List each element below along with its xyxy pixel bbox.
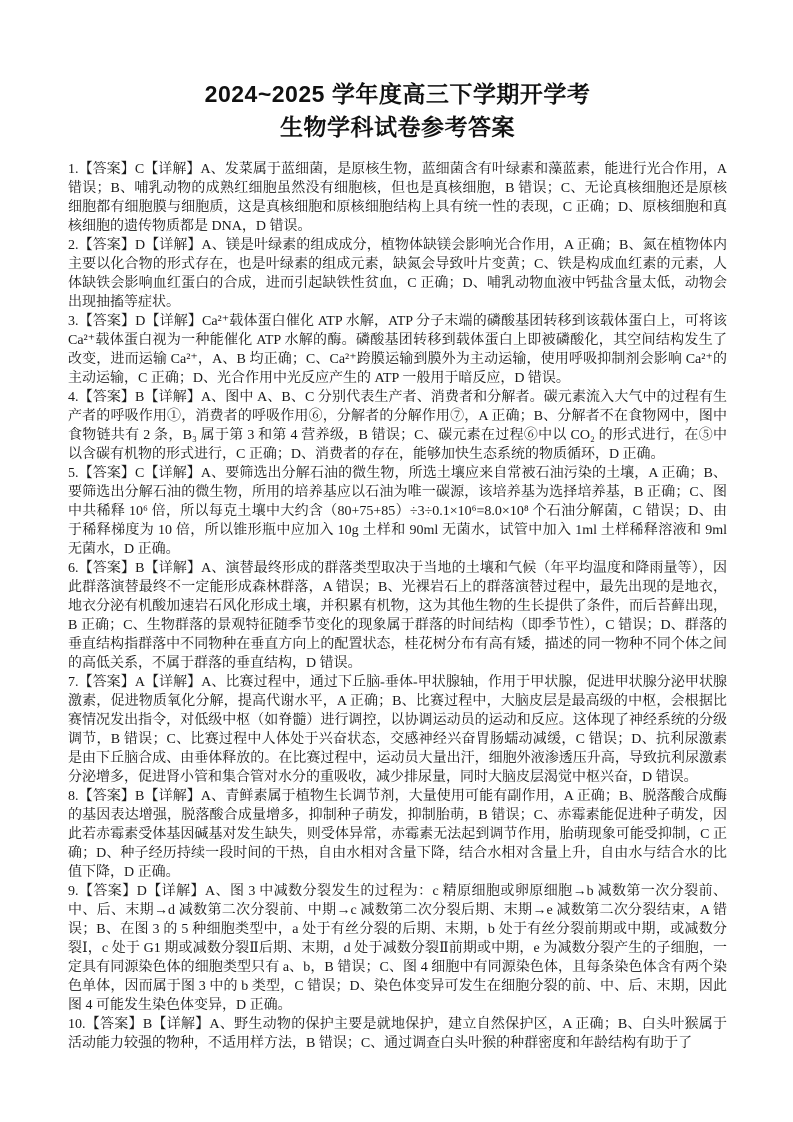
answer-label: 【答案】 [79,561,136,576]
detail-text: A、比赛过程中，通过下丘脑-垂体-甲状腺轴，作用于甲状腺，促进甲状腺分泌甲状腺激… [68,675,727,785]
answer-item-2: 2.【答案】D【详解】A、镁是叶绿素的组成成分，植物体缺镁会影响光合作用，A 正… [68,236,727,312]
detail-label: 【详解】 [144,162,200,177]
detail-label: 【详解】 [144,789,201,804]
answer-sheet-page: 2024~2025 学年度高三下学期开学考 生物学科试卷参考答案 1.【答案】C… [0,0,793,1122]
detail-label: 【详解】 [145,561,202,576]
answer-item-8: 8.【答案】B【详解】A、青鲜素属于植物生长调节剂，大量使用可能有副作用，A 正… [68,787,727,882]
answer-label: 【答案】 [79,466,136,481]
answer-label: 【答案】 [79,314,136,329]
answer-letter: D [135,314,145,329]
answers-list: 1.【答案】C【详解】A、发菜属于蓝细菌，是原核生物，蓝细菌含有叶绿素和藻蓝素，… [68,160,727,1053]
answer-letter: C [135,466,144,481]
answer-letter: D [137,884,147,899]
answer-label: 【答案】 [79,238,135,253]
question-number: 5. [68,466,79,481]
question-number: 2. [68,238,79,253]
detail-label: 【详解】 [152,1017,209,1032]
answer-letter: B [135,789,144,804]
answer-label: 【答案】 [86,1017,143,1032]
detail-label: 【详解】 [145,675,201,690]
answer-letter: C [135,162,144,177]
detail-label: 【详解】 [147,884,205,899]
detail-text: A、演替最终形成的群落类型取决于当地的土壤和气候（年平均温度和降雨量等），因此群… [68,561,727,671]
answer-label: 【答案】 [79,789,136,804]
doc-title-line1: 2024~2025 学年度高三下学期开学考 [68,78,727,111]
answer-letter: A [135,675,145,690]
doc-header: 2024~2025 学年度高三下学期开学考 生物学科试卷参考答案 [68,78,727,144]
answer-letter: B [143,1017,152,1032]
question-number: 9. [68,884,79,899]
question-number: 6. [68,561,79,576]
question-number: 10. [68,1017,86,1032]
detail-text: A、图 3 中减数分裂发生的过程为：c 精原细胞或卵原细胞→b 减数第一次分裂前… [68,884,727,1013]
detail-label: 【详解】 [145,238,201,253]
answer-letter: B [135,390,144,405]
question-number: 1. [68,162,79,177]
detail-label: 【详解】 [145,314,202,329]
answer-label: 【答案】 [79,675,135,690]
answer-item-1: 1.【答案】C【详解】A、发菜属于蓝细菌，是原核生物，蓝细菌含有叶绿素和藻蓝素，… [68,160,727,236]
question-number: 8. [68,789,79,804]
question-number: 3. [68,314,79,329]
detail-label: 【详解】 [144,390,201,405]
answer-item-5: 5.【答案】C【详解】A、要筛选出分解石油的微生物，所选土壤应来自常被石油污染的… [68,464,727,559]
question-number: 7. [68,675,79,690]
answer-letter: D [135,238,145,253]
answer-item-4: 4.【答案】B【详解】A、图中 A、B、C 分别代表生产者、消费者和分解者。碳元… [68,388,727,464]
answer-label: 【答案】 [79,884,137,899]
answer-item-6: 6.【答案】B【详解】A、演替最终形成的群落类型取决于当地的土壤和气候（年平均温… [68,559,727,673]
answer-item-7: 7.【答案】A【详解】A、比赛过程中，通过下丘脑-垂体-甲状腺轴，作用于甲状腺，… [68,673,727,787]
answer-item-3: 3.【答案】D【详解】Ca²⁺载体蛋白催化 ATP 水解，ATP 分子末端的磷酸… [68,312,727,388]
answer-letter: B [135,561,144,576]
answer-item-9: 9.【答案】D【详解】A、图 3 中减数分裂发生的过程为：c 精原细胞或卵原细胞… [68,882,727,1015]
doc-title-line2: 生物学科试卷参考答案 [68,111,727,144]
question-number: 4. [68,390,79,405]
answer-label: 【答案】 [79,390,136,405]
answer-item-10: 10.【答案】B【详解】A、野生动物的保护主要是就地保护，建立自然保护区，A 正… [68,1015,727,1053]
answer-label: 【答案】 [79,162,135,177]
detail-label: 【详解】 [144,466,201,481]
